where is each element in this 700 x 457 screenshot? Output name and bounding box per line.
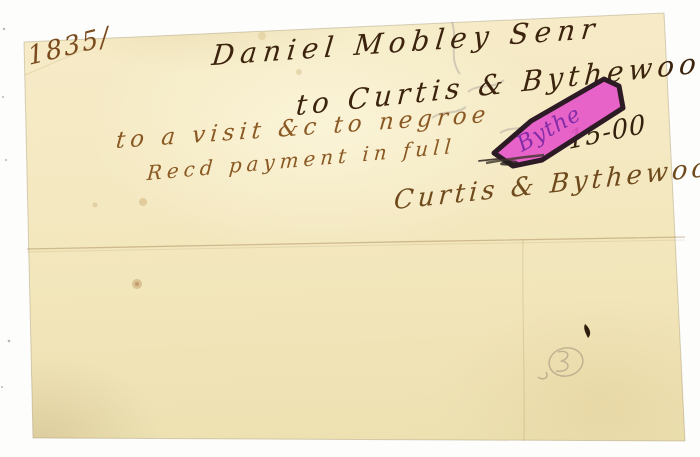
scanned-receipt: 1835/ Daniel Mobley Senr to Curtis & Byt…	[0, 0, 700, 457]
dust-specks	[1, 28, 10, 388]
tally-dash: —	[476, 144, 505, 173]
